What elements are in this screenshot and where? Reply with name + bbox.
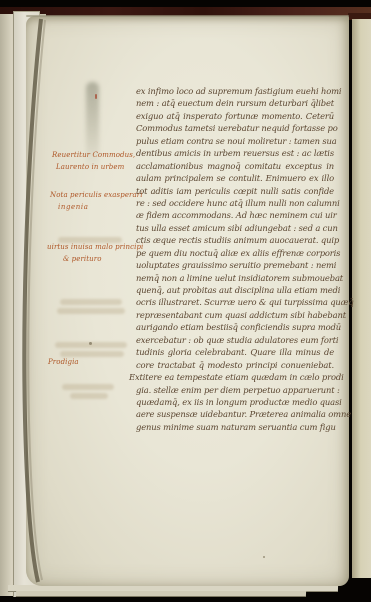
text-line: ex infimo loco ad supremum fastigium eue… — [136, 85, 334, 97]
text-line: aurigando etiam bestiisq̄ conficiendis s… — [136, 321, 334, 333]
show-through-mark — [62, 384, 114, 390]
text-line: quædamq̄, ex iis in longum productæ medi… — [136, 396, 334, 408]
text-line: pe quem diu noctuq̄ aliæ ex aliis effren… — [136, 247, 334, 259]
marginal-note-line: Laurento in urbem — [56, 161, 135, 173]
ink-speck — [95, 94, 97, 99]
text-line: quenq̄, aut probitas aut disciplina ulla… — [136, 284, 334, 296]
marginal-note-line: Prodigia — [48, 356, 79, 368]
text-line: tudinis gloria celebrabant. Quare illa m… — [136, 346, 334, 358]
text-block: ex infimo loco ad supremum fastigium eue… — [136, 85, 334, 433]
marginal-note-prodigia: Prodigia — [48, 356, 79, 368]
marginal-note-line: Nota periculis exasperari — [50, 189, 143, 201]
text-line: nemq̄ non a limine uelut insidiatorem su… — [136, 272, 334, 284]
text-line: tus ulla esset amicum sibi adiungebat : … — [136, 222, 334, 234]
show-through-mark — [55, 342, 127, 348]
text-line: uoluptates grauissimo seruitio premebant… — [136, 259, 334, 271]
text-line: Extitere ea tempestate etiam quædam in c… — [136, 371, 334, 383]
text-line: exercebatur : ob quæ studia adulatores e… — [136, 334, 334, 346]
marginal-note-reuertitur: Reuertitur Commodus, Laurento in urbem — [52, 149, 135, 173]
text-line: aulam principalem se contulit. Enimuero … — [136, 172, 334, 184]
marginal-note-uirtus: uirtus inuisa malo principi & perituro — [47, 241, 143, 265]
marginal-note-line: & perituro — [63, 253, 143, 265]
show-through-mark — [60, 299, 122, 305]
text-line: re : sed occidere hunc atq̄ illum nulli … — [136, 197, 334, 209]
text-line: repræsentabant cum quasi addictum sibi h… — [136, 309, 334, 321]
parchment-speck — [263, 556, 265, 558]
text-line: ocris illustraret. Scurræ uero & qui tur… — [136, 296, 334, 308]
show-through-mark — [57, 308, 125, 314]
text-line: tot aditis iam periculis cœpit nulli sat… — [136, 185, 334, 197]
text-line: ctis æque rectis studiis animum auocauer… — [136, 234, 334, 246]
text-line: acclamationibus magnoq̄ comitatu exceptu… — [136, 160, 334, 172]
text-line: exiguo atq̄ insperato fortunæ momento. C… — [136, 110, 334, 122]
show-through-mark — [70, 393, 108, 399]
text-line: genus minime suam naturam seruantia cum … — [136, 421, 334, 433]
text-line: nem : atq̄ euectum dein rursum deturbari… — [136, 97, 334, 109]
text-line: æ fidem accommodans. Ad hæc neminem cui … — [136, 209, 334, 221]
text-line: dentibus amicis in urbem reuersus est : … — [136, 147, 334, 159]
marginal-note-line: ingenia — [58, 201, 143, 213]
text-line: gia. stellæ enim per diem perpetuo appar… — [136, 384, 334, 396]
text-line: Commodus tametsi uerebatur nequid fortas… — [136, 122, 334, 134]
text-line: pulus etiam contra se noui moliretur : t… — [136, 135, 334, 147]
marginal-note-line: uirtus inuisa malo principi — [47, 241, 143, 253]
marginal-note-nota-periculis: Nota periculis exasperari ingenia — [50, 189, 143, 213]
photo-background: Reuertitur Commodus, Laurento in urbem N… — [0, 0, 371, 602]
text-line: core tractabat q̄ modesto principi conue… — [136, 359, 334, 371]
marginal-note-line: Reuertitur Commodus, — [52, 149, 135, 161]
text-line: aere suspensæ uidebantur. Præterea anima… — [136, 408, 334, 420]
